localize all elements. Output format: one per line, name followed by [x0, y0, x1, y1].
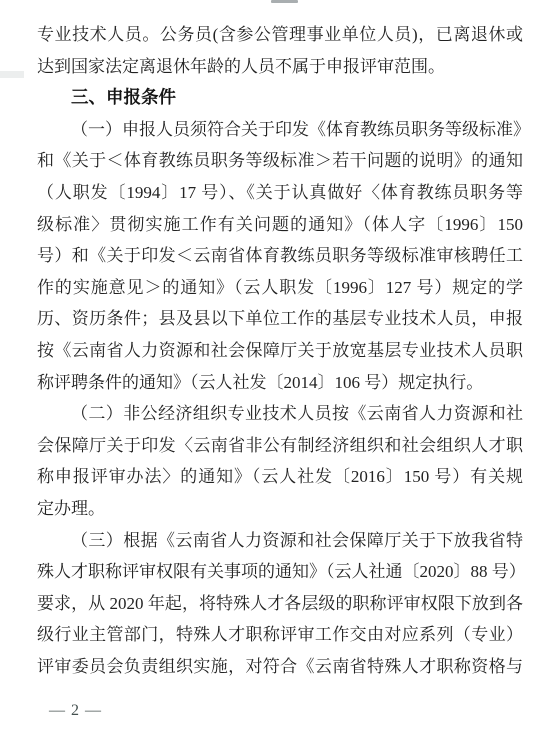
text-line: 专业技术人员。公务员(含参公管理事业单位人员)，已离退休或 — [37, 19, 523, 51]
text-line: 和《关于＜体育教练员职务等级标准＞若干问题的说明》的通知 — [37, 145, 523, 177]
page-number: — 2 — — [49, 702, 102, 720]
text-line: 评审委员会负责组织实施，对符合《云南省特殊人才职称资格与 — [37, 651, 523, 683]
text-line: 按《云南省人力资源和社会保障厅关于放宽基层专业技术人员职 — [37, 335, 523, 367]
text-line: 达到国家法定离退休年龄的人员不属于申报评审范围。 — [37, 51, 523, 83]
text-line: 要求，从 2020 年起，将特殊人才各层级的职称评审权限下放到各 — [37, 588, 523, 620]
text-line: 定办理。 — [37, 493, 523, 525]
text-line: 会保障厅关于印发〈云南省非公有制经济组织和社会组织人才职 — [37, 430, 523, 462]
text-line: 级标准〉贯彻实施工作有关问题的通知》（体人字〔1996〕150 — [37, 209, 523, 241]
text-line: 殊人才职称评审权限有关事项的通知》（云人社通〔2020〕88 号） — [37, 556, 523, 588]
text-line: （一）申报人员须符合关于印发《体育教练员职务等级标准》 — [37, 114, 523, 146]
text-line: （人职发〔1994〕17 号）、《关于认真做好〈体育教练员职务等 — [37, 177, 523, 209]
section-heading: 三、申报条件 — [37, 82, 523, 114]
scan-artifact-left — [0, 71, 24, 78]
text-line: 级行业主管部门，特殊人才职称评审工作交由对应系列（专业） — [37, 619, 523, 651]
document-page: 专业技术人员。公务员(含参公管理事业单位人员)，已离退休或 达到国家法定离退休年… — [0, 0, 556, 741]
text-line: 作的实施意见＞的通知》（云人职发〔1996〕127 号）规定的学 — [37, 272, 523, 304]
document-body: 专业技术人员。公务员(含参公管理事业单位人员)，已离退休或 达到国家法定离退休年… — [37, 19, 523, 682]
text-line: 号）和《关于印发＜云南省体育教练员职务等级标准审核聘任工 — [37, 240, 523, 272]
scan-artifact-top — [271, 0, 298, 3]
text-line: （三）根据《云南省人力资源和社会保障厅关于下放我省特 — [37, 525, 523, 557]
text-line: 历、资历条件；县及县以下单位工作的基层专业技术人员，申报 — [37, 303, 523, 335]
text-line: 称申报评审办法〉的通知》（云人社发〔2016〕150 号）有关规 — [37, 461, 523, 493]
text-line: （二）非公经济组织专业技术人员按《云南省人力资源和社 — [37, 398, 523, 430]
text-line: 称评聘条件的通知》（云人社发〔2014〕106 号）规定执行。 — [37, 367, 523, 399]
